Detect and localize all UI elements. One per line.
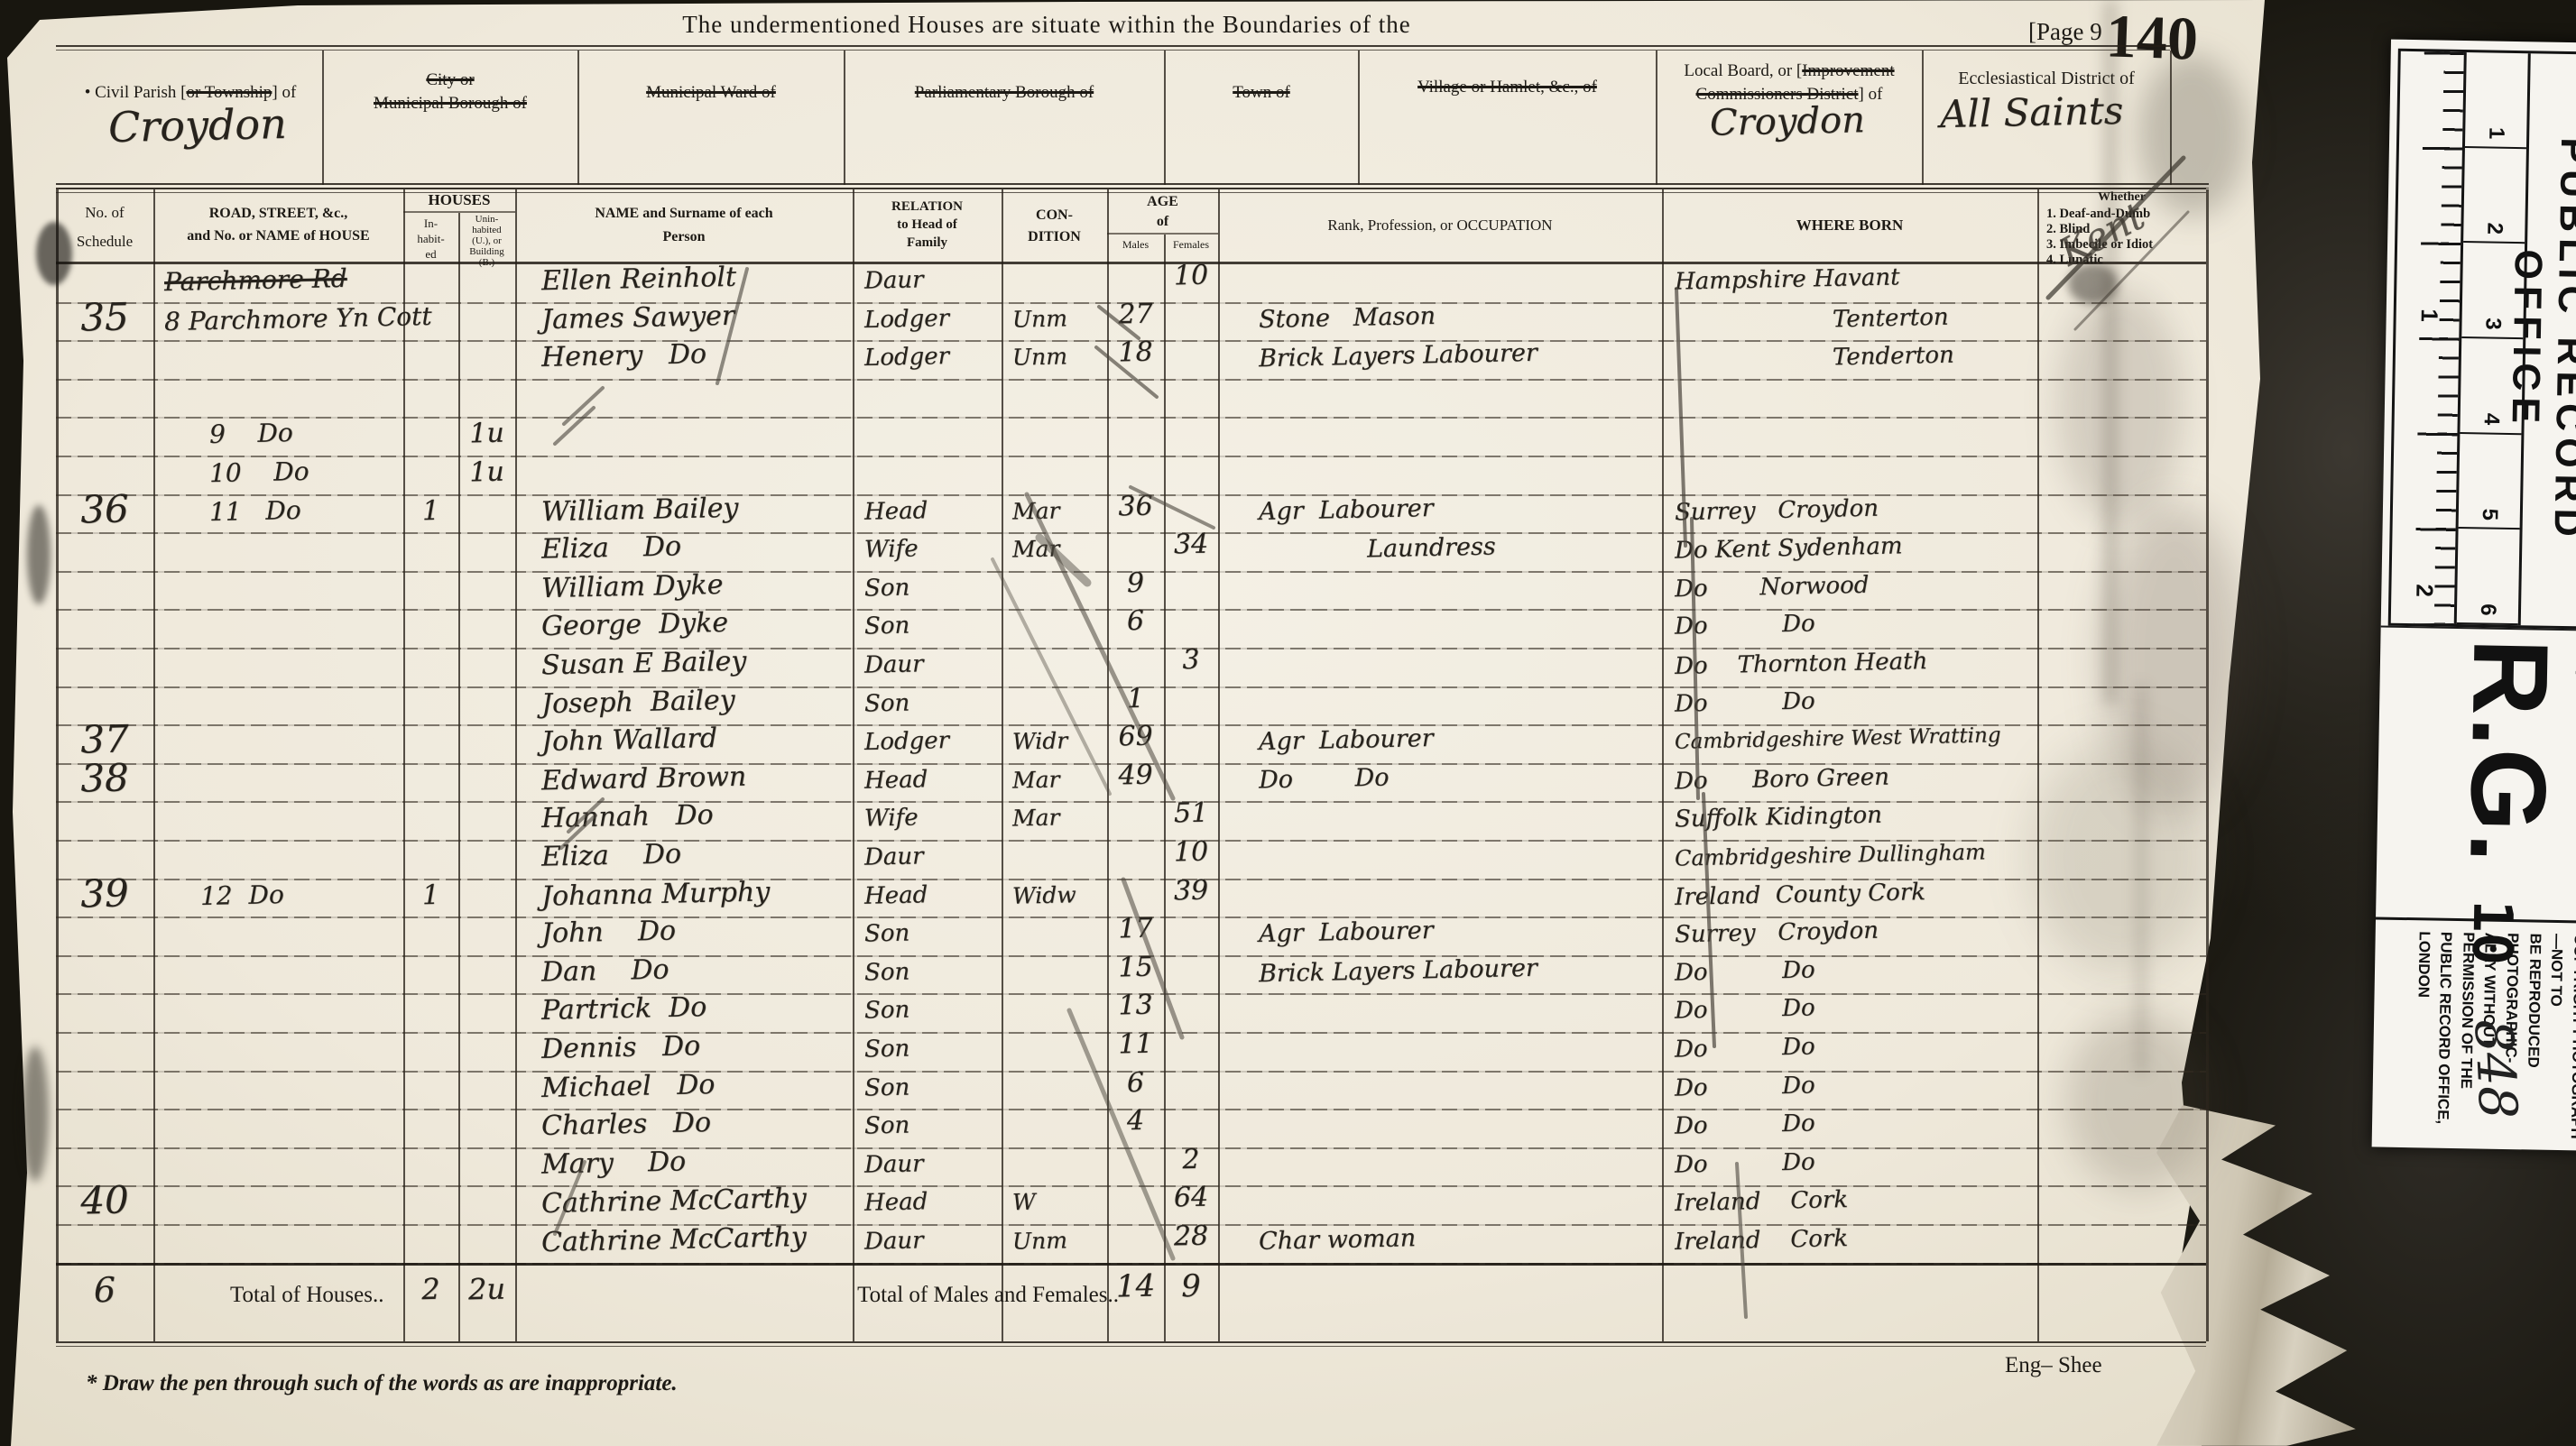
- entry-name: William Bailey: [541, 492, 739, 528]
- entry-relation: Daur: [864, 1227, 924, 1255]
- entry-born: Do Thornton Heath: [1675, 648, 1928, 680]
- col-header-females: Females: [1164, 238, 1218, 252]
- entry-relation: Son: [864, 920, 910, 948]
- entry-relation: Son: [864, 689, 910, 717]
- entry-age-male: 17: [1107, 913, 1165, 945]
- entry-occupation: Brick Layers Labourer: [1259, 954, 1537, 988]
- total-uninhabited: 2u: [458, 1271, 516, 1306]
- record-group-class: 10: [2460, 899, 2524, 965]
- entry-schedule-number: 39: [55, 870, 153, 916]
- entry-age-female: 34: [1164, 529, 1219, 561]
- entry-relation: Daur: [864, 843, 924, 870]
- entry-age-male: 9: [1107, 566, 1165, 599]
- entry-relation: Son: [864, 1073, 910, 1101]
- entry-age-male: 36: [1107, 490, 1165, 522]
- census-row: Michael DoSon6Do Do: [0, 1071, 2576, 1110]
- header-city-borough: City or: [325, 70, 576, 90]
- piece-number-handwritten: 848: [2462, 1018, 2529, 1120]
- census-row: 40Cathrine McCarthyHeadW64Ireland Cork: [0, 1185, 2576, 1224]
- census-row: Charles DoSon4Do Do: [0, 1109, 2576, 1147]
- entry-name: James Sawyer: [541, 299, 735, 335]
- reference-label: Reference :—: [2572, 647, 2576, 771]
- entry-road: 11 Do: [209, 495, 301, 527]
- entry-age-female: 10: [1164, 259, 1219, 291]
- entry-road: 9 Do: [209, 418, 293, 449]
- census-scan-page: { "page": { "boundary_heading": "The und…: [0, 0, 2576, 1446]
- copyright-line: PUBLIC RECORD OFFICE, LONDON: [2409, 931, 2457, 1141]
- header-village-hamlet: Village or Hamlet, &c., of: [1361, 78, 1654, 97]
- footnote: * Draw the pen through such of the words…: [86, 1371, 678, 1396]
- entry-age-male: 15: [1107, 951, 1165, 983]
- entry-born: Do Do: [1675, 611, 1815, 640]
- entry-uninhabited: 1u: [458, 418, 516, 450]
- entry-age-male: 6: [1107, 1066, 1165, 1099]
- table-header-top-rule: [56, 188, 2206, 193]
- entry-condition: Mar: [1012, 805, 1060, 832]
- band-divider: [1922, 51, 1924, 185]
- ruler-ticks: 1 2: [2391, 51, 2467, 624]
- entry-relation: Son: [864, 1035, 910, 1063]
- entry-schedule-number: 40: [55, 1177, 153, 1223]
- entry-born: Do Do: [1675, 956, 1815, 986]
- col-header-relation: RELATION: [853, 199, 1002, 215]
- census-row: 358 Parchmore Yn CottJames SawyerLodgerU…: [0, 302, 2576, 341]
- census-row: Mary DoDaur2Do Do: [0, 1147, 2576, 1186]
- census-row: 10 Do1u: [0, 456, 2576, 494]
- entry-born: Do Do: [1675, 1033, 1815, 1063]
- entry-occupation: Agr Labourer: [1259, 724, 1434, 756]
- band-divider: [844, 51, 845, 185]
- census-row: Parchmore RdEllen ReinholtDaur10Hampshir…: [0, 263, 2576, 302]
- entry-born: Tenterton: [1833, 303, 1949, 333]
- entry-relation: Head: [864, 497, 928, 525]
- ruler-cm-number: 2: [2463, 148, 2526, 244]
- entry-occupation: Agr Labourer: [1259, 494, 1434, 526]
- entry-relation: Son: [864, 612, 910, 640]
- entry-relation: Son: [864, 574, 910, 602]
- entry-relation: Wife: [864, 805, 919, 833]
- entry-relation: Son: [864, 997, 910, 1025]
- census-row: Dennis DoSon11Do Do: [0, 1032, 2576, 1071]
- col-header-inhabited: In-: [403, 216, 458, 231]
- entry-age-male: 27: [1107, 298, 1165, 330]
- form-bottom-rule: [56, 1341, 2206, 1347]
- entry-name: Cathrine McCarthy: [541, 1221, 807, 1258]
- entry-name: Edward Brown: [541, 760, 747, 797]
- pro-reference-section: Reference :— R.G. 10 848: [2376, 626, 2576, 921]
- entry-age-male: 11: [1107, 1027, 1165, 1060]
- census-row: Eliza DoDaur10Cambridgeshire Dullingham: [0, 840, 2576, 879]
- ruler-inch-label: 2: [2410, 584, 2438, 597]
- ruler-cm-cells: 123456: [2457, 52, 2531, 625]
- entry-born: Do Norwood: [1675, 572, 1870, 603]
- band-divider: [1164, 51, 1166, 185]
- entry-age-female: 3: [1164, 643, 1219, 676]
- entry-relation: Daur: [864, 1150, 924, 1178]
- col-header-males: Males: [1107, 238, 1164, 252]
- ruler-cm-number: 5: [2459, 434, 2522, 530]
- header-local-board: Local Board, or [Improvement: [1658, 61, 1920, 81]
- entry-relation: Head: [864, 1189, 928, 1217]
- entry-name: Cathrine McCarthy: [541, 1183, 807, 1220]
- entry-name: William Dyke: [541, 569, 724, 604]
- entry-age-female: 28: [1164, 1220, 1219, 1252]
- ruler-inch-label: 1: [2415, 309, 2443, 322]
- census-row: 3611 Do1William BaileyHeadMar36Agr Labou…: [0, 494, 2576, 533]
- entry-name: Eliza Do: [541, 531, 682, 566]
- census-row: William DykeSon9Do Norwood: [0, 571, 2576, 610]
- col-header-uninhabited: Building: [458, 246, 515, 257]
- band-divider: [577, 51, 579, 185]
- census-row: Susan E BaileyDaur3Do Thornton Heath: [0, 648, 2576, 686]
- entry-born: Suffolk Kidington: [1675, 802, 1882, 834]
- entry-age-female: 64: [1164, 1182, 1219, 1214]
- entry-condition: Unm: [1012, 305, 1067, 332]
- entry-condition: Unm: [1012, 344, 1067, 371]
- entry-born: Ireland County Cork: [1675, 879, 1926, 911]
- entry-born: Do Do: [1675, 1148, 1815, 1178]
- total-inhabited: 2: [403, 1271, 459, 1306]
- census-row: 38Edward BrownHeadMar49Do DoDo Boro Gree…: [0, 763, 2576, 802]
- census-row: 3912 Do1Johanna MurphyHeadWidw39Ireland …: [0, 879, 2576, 917]
- header-parliamentary-borough: Parliamentary Borough of: [846, 83, 1162, 103]
- header-town: Town of: [1167, 83, 1356, 103]
- entry-born: Surrey Croydon: [1675, 917, 1879, 949]
- total-schedules: 6: [56, 1268, 154, 1310]
- entry-name: Michael Do: [541, 1069, 716, 1104]
- col-header-relation: Family: [853, 235, 1002, 251]
- census-row: [0, 379, 2576, 418]
- entry-born: Do Do: [1675, 1072, 1815, 1101]
- entry-name: Susan E Bailey: [541, 646, 747, 682]
- col-header-condition: CON-: [1002, 207, 1107, 224]
- entry-schedule-number: 38: [55, 755, 153, 801]
- ruler-cm-number: 1: [2465, 52, 2528, 149]
- entry-occupation: Do Do: [1259, 763, 1390, 794]
- entry-age-female: 2: [1164, 1143, 1219, 1175]
- entry-relation: Daur: [864, 266, 924, 294]
- entry-condition: Widr: [1012, 728, 1068, 755]
- entry-born: Surrey Croydon: [1675, 494, 1879, 526]
- entry-age-male: 13: [1107, 990, 1165, 1022]
- entry-name: John Wallard: [541, 723, 718, 758]
- folio-number-stamp: 140: [2105, 0, 2200, 75]
- census-row: Joseph BaileySon1Do Do: [0, 686, 2576, 725]
- entry-condition: W: [1012, 1189, 1036, 1216]
- entry-born: Tenderton: [1833, 342, 1954, 372]
- entry-condition: Widw: [1012, 881, 1076, 908]
- entry-age-female: 10: [1164, 835, 1219, 868]
- sheet-label: Eng– Shee: [2005, 1353, 2102, 1378]
- header-city-borough: Municipal Borough of: [325, 94, 576, 114]
- entry-born: Do Boro Green: [1675, 763, 1889, 795]
- entry-name: Mary Do: [541, 1146, 687, 1180]
- entry-age-male: 1: [1107, 682, 1165, 714]
- entry-name: Dennis Do: [541, 1030, 701, 1065]
- boundary-heading: The undermentioned Houses are situate wi…: [632, 11, 1462, 39]
- entry-relation: Lodger: [864, 343, 950, 372]
- census-row: 37John WallardLodgerWidr69Agr LabourerCa…: [0, 724, 2576, 763]
- entry-inhabited: 1: [403, 494, 459, 527]
- band-top-rule: [56, 45, 2170, 51]
- entry-relation: Lodger: [864, 727, 950, 756]
- band-divider: [1656, 51, 1657, 185]
- entry-condition: Mar: [1012, 766, 1060, 793]
- col-header-road: and No. or NAME of HOUSE: [153, 228, 403, 244]
- entry-born: Ireland Cork: [1675, 1186, 1849, 1217]
- entry-born: Ireland Cork: [1675, 1225, 1849, 1256]
- entry-name: John Do: [541, 916, 677, 950]
- entry-age-female: 39: [1164, 874, 1219, 907]
- census-row: Eliza DoWifeMar34LaundressDo Kent Sydenh…: [0, 532, 2576, 571]
- totals-top-rule: [56, 1263, 2206, 1266]
- value-civil-parish: Croydon: [107, 99, 287, 152]
- entry-born: Cambridgeshire West Wratting: [1675, 723, 2001, 754]
- entry-born: Do Do: [1675, 1110, 1815, 1140]
- census-row: Dan DoSon15Brick Layers LabourerDo Do: [0, 955, 2576, 994]
- census-row: John DoSon17Agr LabourerSurrey Croydon: [0, 916, 2576, 955]
- ruler-cm-number: 6: [2457, 529, 2520, 625]
- entry-road: 12 Do: [200, 880, 284, 911]
- age-underline: [1107, 233, 1218, 235]
- ruler-cm-number: 3: [2461, 243, 2525, 339]
- entry-relation: Daur: [864, 650, 924, 678]
- col-header-uninhabited: Unin-: [458, 214, 515, 225]
- col-header-condition: DITION: [1002, 229, 1107, 245]
- value-ecclesiastical: All Saints: [1940, 88, 2124, 136]
- col-header-inhabited: ed: [403, 247, 458, 262]
- col-header-inhabited: habit-: [403, 232, 458, 246]
- total-houses-label: Total of Houses..: [230, 1283, 383, 1308]
- entry-relation: Son: [864, 958, 910, 986]
- entry-born: Hampshire Havant: [1675, 263, 1900, 295]
- entry-relation: Head: [864, 881, 928, 909]
- entry-name: Partrick Do: [541, 991, 707, 1027]
- entry-occupation: Laundress: [1367, 533, 1496, 564]
- col-header-schedule: Schedule: [56, 233, 153, 251]
- entry-age-male: 4: [1107, 1105, 1165, 1137]
- entry-age-male: 69: [1107, 721, 1165, 753]
- entry-age-female: 51: [1164, 797, 1219, 830]
- entry-name: Eliza Do: [541, 838, 682, 872]
- census-row: 9 Do1u: [0, 417, 2576, 456]
- entry-road: 8 Parchmore Yn Cott: [164, 300, 432, 336]
- band-divider: [1358, 51, 1360, 185]
- col-header-occupation: Rank, Profession, or OCCUPATION: [1218, 216, 1662, 235]
- public-record-office-label: PUBLIC RECORD OFFICE 123456 1 2 Referenc…: [2372, 40, 2576, 1151]
- entry-occupation: Agr Labourer: [1259, 916, 1434, 948]
- entry-name: Joseph Bailey: [541, 684, 735, 719]
- entry-name: Dan Do: [541, 953, 669, 988]
- entry-uninhabited: 1u: [458, 456, 516, 488]
- entry-name: George Dyke: [541, 607, 729, 642]
- census-row: Cathrine McCarthyDaurUnm28Char womanIrel…: [0, 1224, 2576, 1263]
- col-header-uninhabited: habited: [458, 225, 515, 235]
- entry-schedule-number: 35: [55, 293, 153, 339]
- col-header-name: NAME and Surname of each: [515, 206, 853, 222]
- entry-relation: Son: [864, 1112, 910, 1140]
- entry-relation: Wife: [864, 536, 919, 564]
- entry-name: Ellen Reinholt: [541, 262, 737, 298]
- record-group-series: R.G.: [2445, 638, 2571, 866]
- entry-occupation: Brick Layers Labourer: [1259, 339, 1537, 373]
- entry-condition: Unm: [1012, 1227, 1067, 1254]
- col-header-age: of: [1107, 214, 1218, 230]
- entry-born: Do Kent Sydenham: [1675, 533, 1903, 565]
- ruler: PUBLIC RECORD OFFICE 123456 1 2: [2388, 49, 2576, 630]
- census-row: Hannah DoWifeMar51Suffolk Kidington: [0, 801, 2576, 840]
- census-row: Partrick DoSon13Do Do: [0, 993, 2576, 1032]
- col-header-houses: HOUSES: [403, 191, 515, 209]
- entry-occupation: Char woman: [1259, 1224, 1417, 1256]
- entry-born: Do Do: [1675, 687, 1815, 717]
- entry-schedule-number: 36: [55, 485, 153, 531]
- entry-born: Do Do: [1675, 995, 1815, 1025]
- page-label: [Page 9: [2028, 18, 2102, 46]
- header-municipal-ward: Municipal Ward of: [580, 83, 842, 103]
- entry-road: Parchmore Rd: [164, 263, 347, 297]
- entry-name: Hannah Do: [541, 799, 714, 834]
- copyright-line: COPYRIGHT PHOTOGRAPH—NOT TO: [2542, 934, 2576, 1144]
- entry-occupation: Stone Mason: [1259, 302, 1436, 334]
- entry-condition: Mar: [1012, 497, 1060, 524]
- entry-inhabited: 1: [403, 879, 459, 911]
- col-header-road: ROAD, STREET, &c.,: [153, 206, 403, 222]
- entry-age-male: 49: [1107, 759, 1165, 791]
- entry-name: Charles Do: [541, 1107, 712, 1142]
- value-local-board: Croydon: [1710, 99, 1866, 144]
- col-header-relation: to Head of: [853, 217, 1002, 233]
- entry-name: Henery Do: [541, 338, 707, 373]
- entry-age-male: 6: [1107, 605, 1165, 638]
- houses-underline: [403, 211, 515, 213]
- band-divider: [2170, 51, 2172, 185]
- col-header-schedule: No. of: [56, 204, 153, 222]
- ruler-cm-number: 4: [2460, 338, 2523, 435]
- total-persons-label: Total of Males and Females..: [794, 1283, 1119, 1308]
- census-row: Henery DoLodgerUnm18Brick Layers Laboure…: [0, 340, 2576, 379]
- header-ecclesiastical: Ecclesiastical District of: [1925, 69, 2168, 89]
- col-header-name: Person: [515, 229, 853, 245]
- entry-born: Cambridgeshire Dullingham: [1675, 839, 1986, 870]
- col-header-born: WHERE BORN: [1662, 216, 2037, 235]
- entry-road: 10 Do: [209, 456, 309, 488]
- entry-age-male: 18: [1107, 336, 1165, 369]
- band-divider: [322, 51, 324, 185]
- total-females: 9: [1164, 1267, 1219, 1304]
- entry-relation: Lodger: [864, 305, 950, 334]
- census-row: George DykeSon6Do Do: [0, 609, 2576, 648]
- total-males: 14: [1107, 1267, 1165, 1304]
- entry-name: Johanna Murphy: [541, 876, 771, 912]
- col-header-uninhabited: (U.), or: [458, 235, 515, 246]
- col-header-age: AGE: [1107, 194, 1218, 210]
- entry-condition: Mar: [1012, 536, 1060, 563]
- entry-relation: Head: [864, 766, 928, 794]
